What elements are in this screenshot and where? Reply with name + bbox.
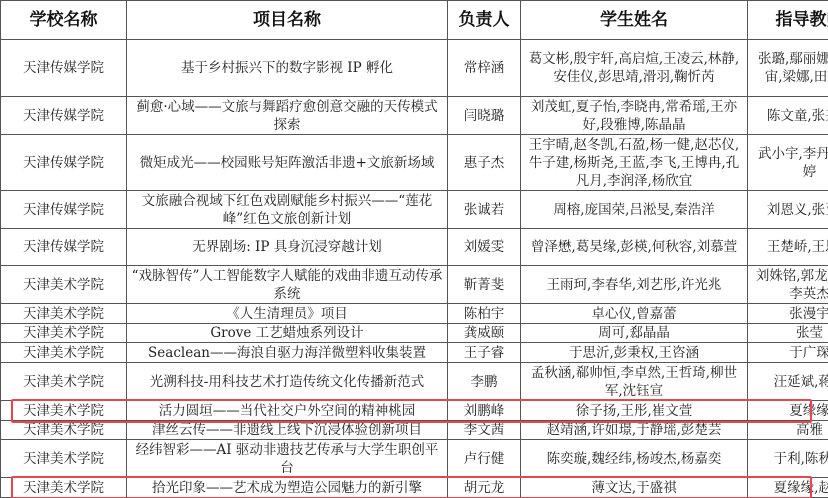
leader-cell: 李文茜 [448,421,521,440]
leader-cell: 王子睿 [448,343,521,363]
project-cell: 文旅融合视域下红色戏剧赋能乡村振兴——“莲花峰”红色文旅创新计划 [127,191,448,229]
leader-cell: 卢行健 [448,440,521,478]
school-cell: 天津美术学院 [1,478,127,498]
students-cell: 赵靖涵,许如璟,于静瑶,彭楚芸 [521,421,748,440]
students-cell: 王宇晴,赵冬凯,石盈,杨一健,赵芯仪,牛子建,杨斯尧,王蓝,李飞,王博冉,孔凡月… [521,135,748,191]
students-cell: 刘茂虹,夏子怡,李晓冉,常希瑶,王亦好,段雅博,陈晶晶 [521,97,748,135]
project-cell: 经纬智彩——AI 驱动非遗技艺传承与大学生职创平台 [127,440,448,478]
school-cell: 天津传媒学院 [1,97,127,135]
advisors-cell: 张漫宇 [748,304,828,324]
leader-cell: 常梓涵 [448,40,521,97]
header-row: 学校名称 项目名称 负责人 学生姓名 指导教师 [1,1,828,40]
school-cell: 天津美术学院 [1,401,127,421]
students-cell: 葛文彬,殷宇轩,高启煊,王凌云,林静,安佳仪,彭思靖,滑羽,鞠忻芮 [521,40,748,97]
advisors-cell: 于利,陈秋实 [748,440,828,478]
school-cell: 天津美术学院 [1,363,127,401]
school-cell: 天津美术学院 [1,343,127,363]
table-row: 天津传媒学院 蓟愈·心域——文旅与舞蹈疗愈创意交融的天传模式探索 闫晓璐 刘茂虹… [1,97,828,135]
school-cell: 天津美术学院 [1,440,127,478]
project-cell: Seaclean——海浪自驱力海洋微塑料收集装置 [127,343,448,363]
advisors-cell: 汪延斌,蒋旎 [748,363,828,401]
school-cell: 天津美术学院 [1,304,127,324]
header-advisors: 指导教师 [748,1,828,40]
students-cell: 卓心仪,曾嘉蕾 [521,304,748,324]
school-cell: 天津美术学院 [1,421,127,440]
leader-cell: 刘鹏峰 [448,401,521,421]
school-cell: 天津美术学院 [1,324,127,343]
project-cell: “戏脉智传”人工智能数字人赋能的戏曲非遗互动传承系统 [127,266,448,304]
table-row: 天津传媒学院 基于乡村振兴下的数字影视 IP 孵化 常梓涵 葛文彬,殷宇轩,高启… [1,40,828,97]
header-students: 学生姓名 [521,1,748,40]
students-cell: 周榕,庞国荣,吕淞旻,秦浩洋 [521,191,748,229]
advisors-cell: 刘恩义,张亚男 [748,191,828,229]
students-cell: 徐子扬,王彤,崔文萱 [521,401,748,421]
advisors-cell: 夏缘缘,赵震 [748,478,828,498]
table-row-highlighted: 天津美术学院 活力圆垣——当代社交户外空间的精神桃园 刘鹏峰 徐子扬,王彤,崔文… [1,401,828,421]
school-cell: 天津传媒学院 [1,229,127,266]
header-project: 项目名称 [127,1,448,40]
advisors-cell: 高雅 [748,421,828,440]
students-cell: 薄文达,于盛祺 [521,478,748,498]
table-row: 天津传媒学院 无界剧场: IP 具身沉浸穿越计划 刘媛雯 曾泽懋,葛昊缘,彭楧,… [1,229,828,266]
project-cell: 基于乡村振兴下的数字影视 IP 孵化 [127,40,448,97]
project-cell: 活力圆垣——当代社交户外空间的精神桃园 [127,401,448,421]
advisors-cell: 于广琛 [748,343,828,363]
project-cell: 《人生清理员》项目 [127,304,448,324]
advisors-cell: 张莹 [748,324,828,343]
project-cell: 津丝云传——非遗线上线下沉浸体验创新项目 [127,421,448,440]
table-row: 天津美术学院 “戏脉智传”人工智能数字人赋能的戏曲非遗互动传承系统 靳菁斐 王雨… [1,266,828,304]
leader-cell: 闫晓璐 [448,97,521,135]
students-cell: 陈奕璇,魏经纬,杨竣杰,杨嘉奕 [521,440,748,478]
leader-cell: 张诚若 [448,191,521,229]
advisors-cell: 刘姝铭,郭龙,孙峰,李英杰 [748,266,828,304]
advisors-cell: 陈文童,张卉雨 [748,97,828,135]
table-row: 天津美术学院 《人生清理员》项目 陈柏宇 卓心仪,曾嘉蕾 张漫宇 [1,304,828,324]
table-row: 天津美术学院 Grove 工艺蜡烛系列设计 龚威颐 周可,郄晶晶 张莹 [1,324,828,343]
leader-cell: 刘媛雯 [448,229,521,266]
students-cell: 周可,郄晶晶 [521,324,748,343]
leader-cell: 李鹏 [448,363,521,401]
project-cell: 微矩成光——校园账号矩阵激活非遗+文旅新场域 [127,135,448,191]
school-cell: 天津传媒学院 [1,135,127,191]
header-leader: 负责人 [448,1,521,40]
leader-cell: 惠子杰 [448,135,521,191]
school-cell: 天津美术学院 [1,266,127,304]
table-row-highlighted: 天津美术学院 拾光印象——艺术成为塑造公园魅力的新引擎 胡元龙 薄文达,于盛祺 … [1,478,828,498]
project-cell: 拾光印象——艺术成为塑造公园魅力的新引擎 [127,478,448,498]
leader-cell: 胡元龙 [448,478,521,498]
advisors-cell: 张璐,鄢丽娜,王启宙,梁娜,田梦娜 [748,40,828,97]
project-cell: Grove 工艺蜡烛系列设计 [127,324,448,343]
table-row: 天津美术学院 光溯科技-用科技艺术打造传统文化传播新范式 李鹏 孟秋涵,郗帅恒,… [1,363,828,401]
advisors-cell: 武小宇,李丹,郝雪婷 [748,135,828,191]
table-row: 天津美术学院 Seaclean——海浪自驱力海洋微塑料收集装置 王子睿 于思沂,… [1,343,828,363]
advisors-cell: 王楚峤,王思博 [748,229,828,266]
students-cell: 曾泽懋,葛昊缘,彭楧,何秋容,刘慕萱 [521,229,748,266]
project-cell: 蓟愈·心域——文旅与舞蹈疗愈创意交融的天传模式探索 [127,97,448,135]
table-row: 天津传媒学院 微矩成光——校园账号矩阵激活非遗+文旅新场域 惠子杰 王宇晴,赵冬… [1,135,828,191]
school-cell: 天津传媒学院 [1,191,127,229]
students-cell: 孟秋涵,郗帅恒,李卓然,王哲琦,柳世军,沈钰宣 [521,363,748,401]
leader-cell: 靳菁斐 [448,266,521,304]
table-row: 天津美术学院 经纬智彩——AI 驱动非遗技艺传承与大学生职创平台 卢行健 陈奕璇… [1,440,828,478]
awards-table: 学校名称 项目名称 负责人 学生姓名 指导教师 天津传媒学院 基于乡村振兴下的数… [0,0,828,498]
table-row: 天津传媒学院 文旅融合视域下红色戏剧赋能乡村振兴——“莲花峰”红色文旅创新计划 … [1,191,828,229]
students-cell: 王雨珂,李春华,刘艺彤,许光兆 [521,266,748,304]
students-cell: 于思沂,彭秉权,王咨涵 [521,343,748,363]
table-row: 天津美术学院 津丝云传——非遗线上线下沉浸体验创新项目 李文茜 赵靖涵,许如璟,… [1,421,828,440]
advisors-cell: 夏缘缘 [748,401,828,421]
school-cell: 天津传媒学院 [1,40,127,97]
project-cell: 光溯科技-用科技艺术打造传统文化传播新范式 [127,363,448,401]
header-school: 学校名称 [1,1,127,40]
leader-cell: 龚威颐 [448,324,521,343]
project-cell: 无界剧场: IP 具身沉浸穿越计划 [127,229,448,266]
leader-cell: 陈柏宇 [448,304,521,324]
